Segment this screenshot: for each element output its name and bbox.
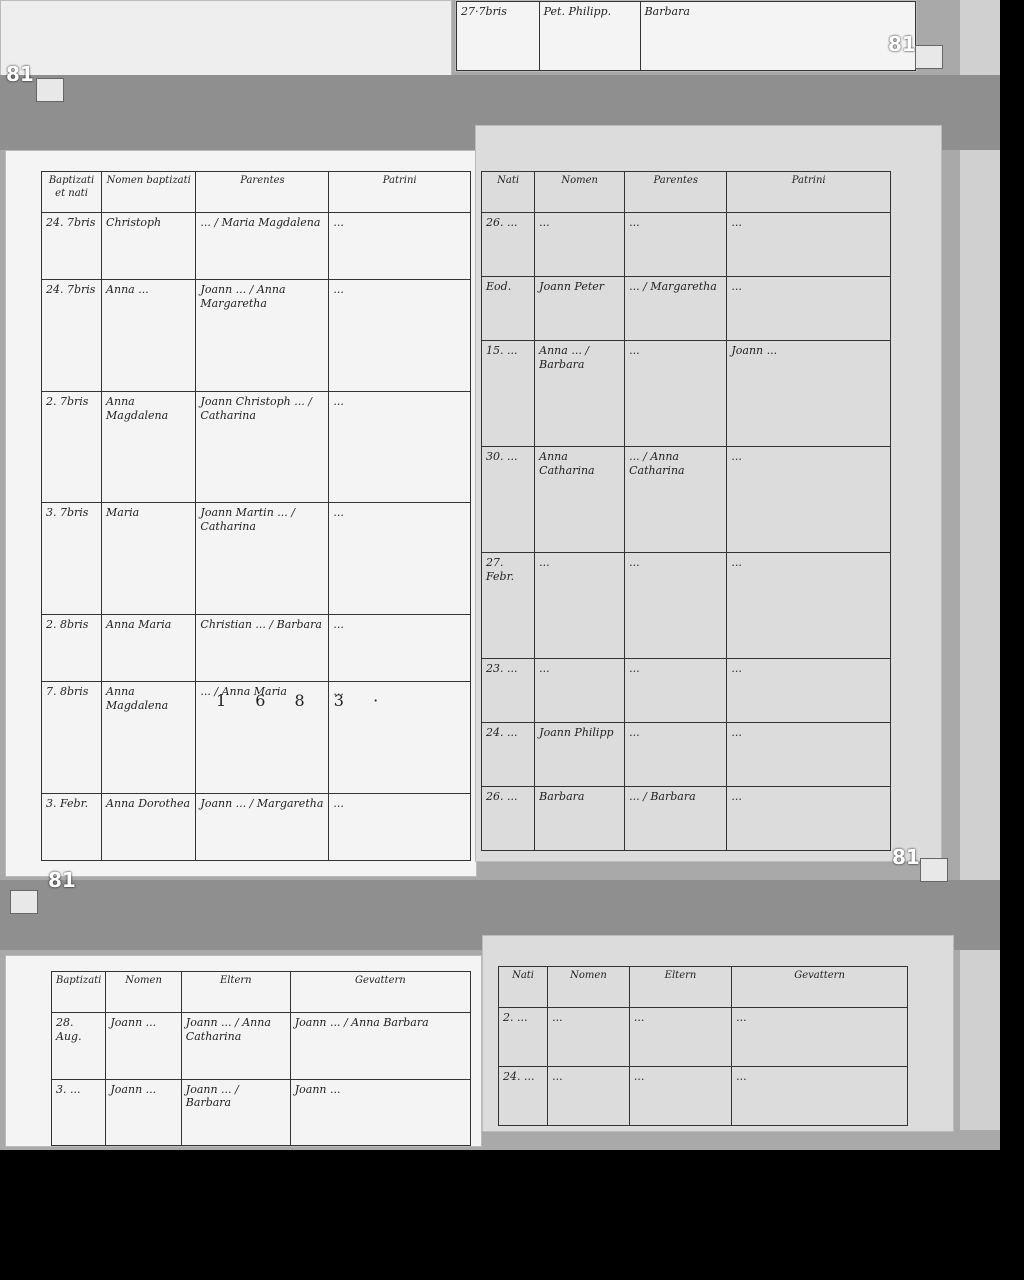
sprocket-hole (10, 890, 38, 914)
name-cell: Anna Dorothea (102, 793, 196, 860)
sponsors-cell: ... (727, 446, 891, 552)
sprocket-hole (915, 45, 943, 69)
table-row: 26. ............ (482, 213, 891, 277)
sponsors-cell: ... (329, 213, 471, 280)
table-row: 2. 7brisAnna MagdalenaJoann Christoph ..… (42, 391, 471, 503)
table-row: 28. Aug.Joann ...Joann ... / Anna Cathar… (52, 1013, 471, 1080)
date-cell: 2. ... (499, 1008, 548, 1067)
lower-right-register-table: Nati Nomen Eltern Gevattern 2. .........… (498, 966, 908, 1126)
column-header: Gevattern (732, 967, 908, 1008)
table-row: 30. ...Anna Catharina... / Anna Catharin… (482, 446, 891, 552)
microfilm-frame: 27·7bris Pet. Philipp. Barbara 81 81 Bap… (0, 0, 1000, 1150)
column-header: Patrini (727, 172, 891, 213)
table-row: 2. ............ (499, 1008, 908, 1067)
date-cell: 24. 7bris (42, 280, 102, 392)
name-cell: ... (535, 213, 625, 277)
name-cell: Joann Peter (535, 276, 625, 340)
name-cell: ... (535, 553, 625, 659)
name-cell: Maria (102, 503, 196, 615)
column-header: Nati (482, 172, 535, 213)
name-cell: Christoph (102, 213, 196, 280)
table-row: Eod.Joann Peter... / Margaretha... (482, 276, 891, 340)
sprocket-hole (920, 858, 948, 882)
lower-left-register-table: Baptizati Nomen Eltern Gevattern 28. Aug… (51, 971, 471, 1146)
date-cell: 23. ... (482, 659, 535, 723)
sponsors-cell: ... (727, 213, 891, 277)
sponsors-cell: ... (329, 391, 471, 503)
date-cell: 3. Febr. (42, 793, 102, 860)
sponsors-cell: ... (329, 503, 471, 615)
top-fragment-page (0, 0, 452, 77)
table-row: 3. ...Joann ...Joann ... / BarbaraJoann … (52, 1079, 471, 1146)
parents-cell: ... / Margaretha (625, 276, 727, 340)
frame-number: 81 (48, 868, 76, 892)
table-row: 24. ............ (499, 1067, 908, 1126)
date-cell: 3. 7bris (42, 503, 102, 615)
sponsors-cell: ... (732, 1067, 908, 1126)
name-cell: Joann Philipp (535, 723, 625, 787)
frame-number: 81 (888, 32, 916, 56)
parents-cell: ... (625, 553, 727, 659)
name-cell: ... (548, 1008, 630, 1067)
parents-cell: Joann ... / Barbara (181, 1079, 290, 1146)
parents-cell: Joann ... / Anna Catharina (181, 1013, 290, 1080)
date-cell: 24. ... (482, 723, 535, 787)
name-cell: Joann ... (106, 1013, 181, 1080)
column-header: Baptizati (52, 972, 106, 1013)
date-cell: 7. 8bris (42, 682, 102, 794)
sponsors-cell: ... (329, 793, 471, 860)
name-cell: Anna Magdalena (102, 391, 196, 503)
sponsors-cell: ... (329, 280, 471, 392)
left-page: Baptizati et nati Nomen baptizati Parent… (5, 150, 477, 877)
date-cell: 24. 7bris (42, 213, 102, 280)
left-register-table: Baptizati et nati Nomen baptizati Parent… (41, 171, 471, 861)
sponsors-cell: ... (732, 1008, 908, 1067)
parents-cell: Joann ... / Margaretha (196, 793, 329, 860)
lower-right-page: Nati Nomen Eltern Gevattern 2. .........… (482, 935, 954, 1132)
name-cell: Anna Magdalena (102, 682, 196, 794)
parents-cell: Christian ... / Barbara (196, 615, 329, 682)
column-header: Baptizati et nati (42, 172, 102, 213)
table-row: 3. 7brisMariaJoann Martin ... / Catharin… (42, 503, 471, 615)
sprocket-hole (36, 78, 64, 102)
lower-left-page: Baptizati Nomen Eltern Gevattern 28. Aug… (5, 955, 482, 1147)
name-cell: Anna Maria (102, 615, 196, 682)
parents-cell: ... (625, 723, 727, 787)
column-header: Parentes (625, 172, 727, 213)
parents-cell: ... (629, 1008, 731, 1067)
table-row: 27. Febr.......... (482, 553, 891, 659)
name-cell: Anna Catharina (535, 446, 625, 552)
date-cell: 2. 7bris (42, 391, 102, 503)
cell: Barbara (640, 2, 915, 71)
sponsors-cell: ... (727, 276, 891, 340)
date-cell: 3. ... (52, 1079, 106, 1146)
column-header: Eltern (629, 967, 731, 1008)
name-cell: Anna ... / Barbara (535, 340, 625, 446)
column-header: Gevattern (290, 972, 470, 1013)
parents-cell: ... / Maria Magdalena (196, 213, 329, 280)
name-cell: ... (548, 1067, 630, 1126)
column-header: Eltern (181, 972, 290, 1013)
column-header: Parentes (196, 172, 329, 213)
name-cell: Joann ... (106, 1079, 181, 1146)
date-cell: 26. ... (482, 787, 535, 851)
parents-cell: Joann Christoph ... / Catharina (196, 391, 329, 503)
sponsors-cell: Joann ... (290, 1079, 470, 1146)
table-row: 24. ...Joann Philipp...... (482, 723, 891, 787)
parents-cell: ... / Barbara (625, 787, 727, 851)
sponsors-cell: Joann ... / Anna Barbara (290, 1013, 470, 1080)
date-cell: 26. ... (482, 213, 535, 277)
column-header: Nomen (535, 172, 625, 213)
sponsors-cell: ... (727, 659, 891, 723)
table-row: 15. ...Anna ... / Barbara...Joann ... (482, 340, 891, 446)
parents-cell: ... (629, 1067, 731, 1126)
date-cell: 15. ... (482, 340, 535, 446)
table-row: 26. ...Barbara... / Barbara... (482, 787, 891, 851)
top-fragment-right: 27·7bris Pet. Philipp. Barbara (455, 0, 917, 72)
column-header: Patrini (329, 172, 471, 213)
sponsors-cell: Joann ... (727, 340, 891, 446)
column-header: Nati (499, 967, 548, 1008)
date-cell: 30. ... (482, 446, 535, 552)
right-register-table: Nati Nomen Parentes Patrini 26. ........… (481, 171, 891, 851)
year-marker: 1 6 8 3 · (216, 691, 390, 710)
scan-border (0, 1150, 1024, 1280)
name-cell: Anna ... (102, 280, 196, 392)
table-row: 24. 7brisAnna ...Joann ... / Anna Margar… (42, 280, 471, 392)
date-cell: 2. 8bris (42, 615, 102, 682)
parents-cell: Joann ... / Anna Margaretha (196, 280, 329, 392)
frame-number: 81 (892, 845, 920, 869)
sponsors-cell: ... (727, 787, 891, 851)
date-cell: Eod. (482, 276, 535, 340)
film-edge (960, 0, 1000, 1130)
column-header: Nomen (106, 972, 181, 1013)
parents-cell: ... (625, 340, 727, 446)
date-cell: 28. Aug. (52, 1013, 106, 1080)
table-row: 23. ............ (482, 659, 891, 723)
sponsors-cell: ... (727, 553, 891, 659)
frame-number: 81 (6, 62, 34, 86)
table-row: 2. 8brisAnna MariaChristian ... / Barbar… (42, 615, 471, 682)
right-page: Nati Nomen Parentes Patrini 26. ........… (475, 125, 942, 862)
cell: 27·7bris (457, 2, 540, 71)
cell: Pet. Philipp. (539, 2, 640, 71)
parents-cell: ... (625, 213, 727, 277)
column-header: Nomen (548, 967, 630, 1008)
column-header: Nomen baptizati (102, 172, 196, 213)
table-row: 3. Febr.Anna DorotheaJoann ... / Margare… (42, 793, 471, 860)
table-row: 24. 7brisChristoph... / Maria Magdalena.… (42, 213, 471, 280)
parents-cell: Joann Martin ... / Catharina (196, 503, 329, 615)
sponsors-cell: ... (329, 615, 471, 682)
name-cell: ... (535, 659, 625, 723)
sponsors-cell: ... (727, 723, 891, 787)
parents-cell: ... / Anna Catharina (625, 446, 727, 552)
date-cell: 27. Febr. (482, 553, 535, 659)
date-cell: 24. ... (499, 1067, 548, 1126)
name-cell: Barbara (535, 787, 625, 851)
parents-cell: ... (625, 659, 727, 723)
